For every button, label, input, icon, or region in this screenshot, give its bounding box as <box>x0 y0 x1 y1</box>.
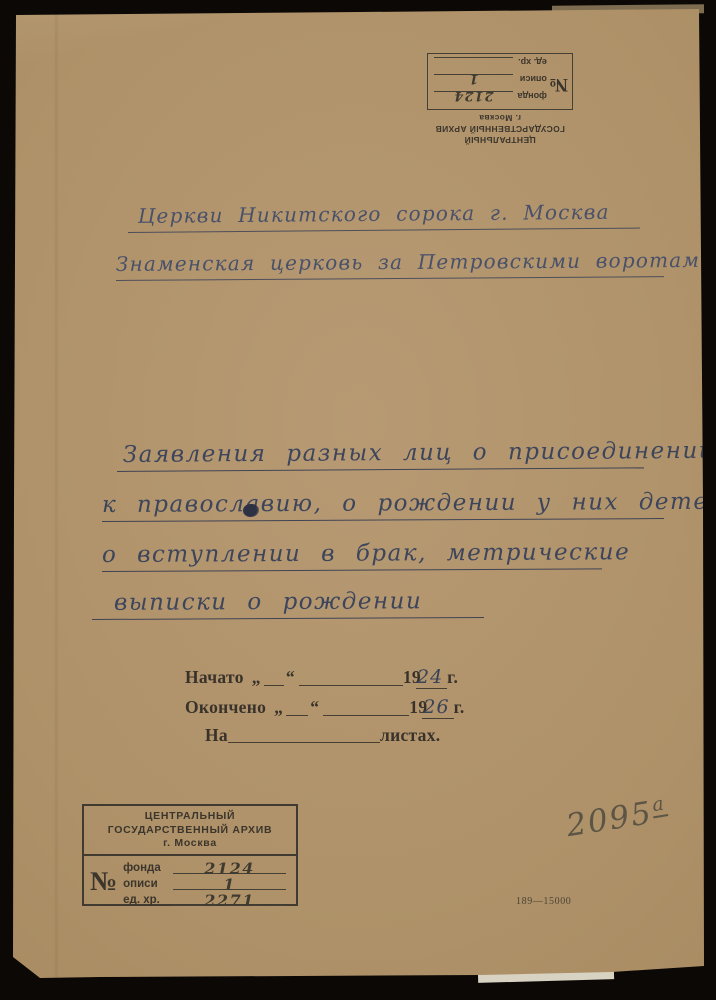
started-year-handwritten: 24 <box>416 666 447 689</box>
year-suffix: г. <box>447 667 458 688</box>
archive-stamp-bottom: ЦЕНТРАЛЬНЫЙ ГОСУДАРСТВЕННЫЙ АРХИВ г. Мос… <box>82 804 298 906</box>
archive-city: г. Москва <box>427 112 573 123</box>
pencil-old-number: 2095а <box>564 792 671 844</box>
pencil-index-letter: а <box>650 792 669 818</box>
month-blank-line <box>323 713 409 716</box>
folder-cover-paper: ЦЕНТРАЛЬНЫЙ ГОСУДАРСТВЕННЫЙ АРХИВ г. Мос… <box>0 0 716 1000</box>
scanned-archive-cover: ЦЕНТРАЛЬНЫЙ ГОСУДАРСТВЕННЫЙ АРХИВ г. Мос… <box>0 0 716 1000</box>
sheets-suffix: листах. <box>380 725 440 746</box>
open-quote: „ <box>274 697 283 718</box>
number-sign: № <box>90 858 117 906</box>
case-description-line1: Заявления разных лиц о присоединении <box>117 437 644 472</box>
close-quote: “ <box>286 667 295 688</box>
archive-stamp-header: ЦЕНТРАЛЬНЫЙ ГОСУДАРСТВЕННЫЙ АРХИВ г. Мос… <box>427 112 573 146</box>
edhr-number-handwritten: 2271 <box>204 891 255 910</box>
archive-name-line1: ЦЕНТРАЛЬНЫЙ <box>86 810 294 824</box>
case-description-line2: к православию, о рождении у них детей, <box>102 488 664 522</box>
archive-name-line2: ГОСУДАРСТВЕННЫЙ АРХИВ <box>427 123 573 134</box>
stamp-row-opis: описи 1 <box>434 74 547 88</box>
archive-city: г. Москва <box>86 837 294 851</box>
stamp-number-box: № фонда 2124 описи 1 ед. хр. 2271 <box>84 856 296 908</box>
stamp-row-fond: фонда 2124 <box>123 858 286 874</box>
sheets-row: Налистах. <box>205 725 440 746</box>
sheets-label: На <box>205 725 228 746</box>
finished-label: Окончено <box>185 697 266 718</box>
year-suffix: г. <box>454 697 465 718</box>
title-church-district: Церкви Никитского сорока г. Москва <box>128 200 640 233</box>
stamp-row-edhr: ед. хр. 2271 <box>123 890 286 906</box>
archive-name-line1: ЦЕНТРАЛЬНЫЙ <box>427 134 573 145</box>
day-blank-line <box>286 713 308 716</box>
stamp-number-box: № фонда 2124 описи 1 ед. хр. <box>427 53 573 110</box>
close-quote: “ <box>310 697 319 718</box>
fond-number-handwritten: 2124 <box>453 88 493 103</box>
month-blank-line <box>299 683 403 686</box>
archive-name-line2: ГОСУДАРСТВЕННЫЙ АРХИВ <box>86 824 294 838</box>
stamp-row-edhr: ед. хр. <box>434 57 547 71</box>
opis-number-handwritten: 1 <box>468 71 478 86</box>
stamp-row-fond: фонда 2124 <box>434 91 547 105</box>
open-quote: „ <box>252 667 261 688</box>
finished-row: Окончено„“1926г. <box>185 696 465 719</box>
number-sign: № <box>549 56 568 106</box>
finished-year-handwritten: 26 <box>422 696 453 719</box>
sheets-blank-line <box>228 740 380 743</box>
day-blank-line <box>264 683 284 686</box>
archive-stamp-top-inverted: ЦЕНТРАЛЬНЫЙ ГОСУДАРСТВЕННЫЙ АРХИВ г. Мос… <box>427 58 573 146</box>
started-row: Начато„“1924г. <box>185 666 458 689</box>
case-description-line3: о вступлении в брак, метрические <box>102 538 602 572</box>
title-church-name: Знаменская церковь за Петровскими ворота… <box>116 248 664 281</box>
started-label: Начато <box>185 667 244 688</box>
print-run-code: 189—15000 <box>516 896 571 907</box>
case-description-line4: выписки о рождении <box>92 587 484 620</box>
archive-stamp-header: ЦЕНТРАЛЬНЫЙ ГОСУДАРСТВЕННЫЙ АРХИВ г. Мос… <box>84 806 296 856</box>
